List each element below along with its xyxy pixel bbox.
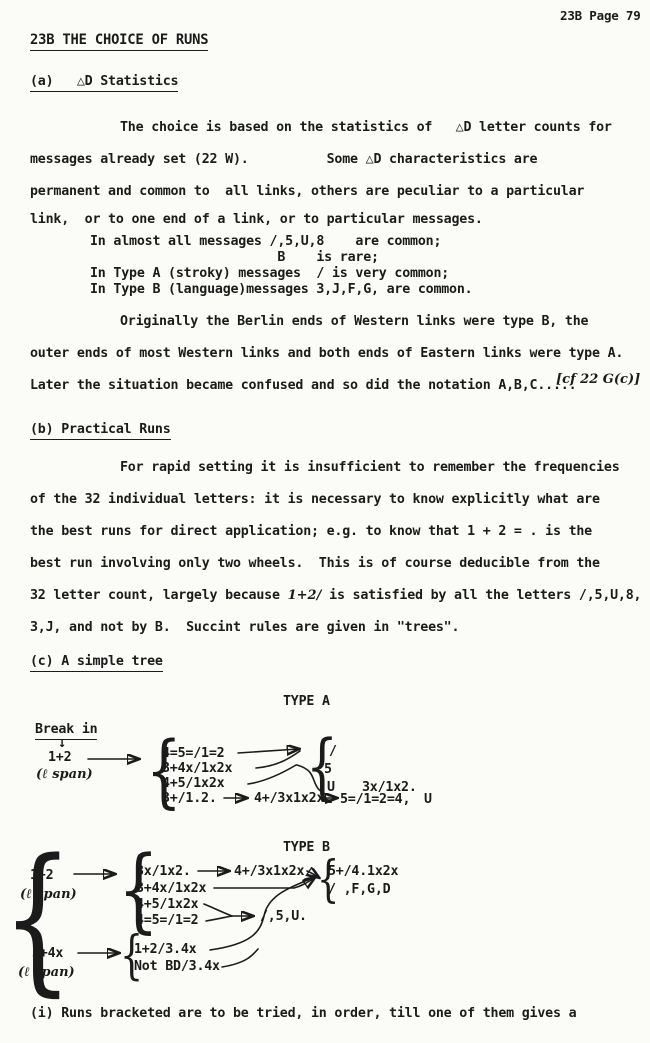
tree-b-mid: 4+/3x1x2x	[234, 864, 304, 879]
para-line: messages already set (22 W). Some △D cha…	[30, 152, 537, 167]
example-line: In almost all messages /,5,U,8 are commo…	[90, 234, 441, 249]
down-arrow-icon: ↓	[58, 736, 66, 751]
tree-a-item: 4=5=/1=2	[162, 746, 224, 761]
tree-b-result2: /,5,U.	[260, 909, 307, 924]
tree-a-caption: TYPE A	[283, 694, 330, 709]
tree-b-item: 4=5=/1=2	[136, 913, 198, 928]
tree-a-item: 3+/1.2.	[162, 791, 217, 806]
document-page: 23B Page 79 23B THE CHOICE OF RUNS (a) △…	[0, 0, 650, 1043]
para-line-part: 32 letter count, largely because	[30, 588, 288, 603]
para-line: best run involving only two wheels. This…	[30, 556, 600, 571]
para-line: Originally the Berlin ends of Western li…	[120, 314, 588, 329]
para-line: permanent and common to all links, other…	[30, 184, 584, 199]
tree-a-root: 1+2	[48, 750, 71, 765]
handwritten-inline: 1+2/	[288, 588, 322, 603]
tree-a-result: /	[329, 744, 337, 759]
para-line: For rapid setting it is insufficient to …	[120, 460, 620, 475]
para-line: 32 letter count, largely because 1+2/ is…	[30, 588, 641, 603]
handwritten-margin-note: [cf 22 G(c)]	[556, 372, 640, 387]
doc-title: 23B THE CHOICE OF RUNS	[30, 32, 208, 51]
tree-b-result1: 5+/4.1x2x	[328, 864, 398, 879]
para-line: of the 32 individual letters: it is nece…	[30, 492, 600, 507]
footer-note: (i) Runs bracketed are to be tried, in o…	[30, 1006, 576, 1021]
para-line: link, or to one end of a link, or to par…	[30, 212, 483, 227]
tree-b-item2: Not BD/3.4x	[134, 959, 220, 974]
para-line-part: is satisfied by all the letters /,5,U,8,	[321, 588, 641, 603]
tree-b-root1-note: (ℓ span)	[20, 886, 77, 902]
section-b-heading: (b) Practical Runs	[30, 422, 171, 440]
tree-a-bottom-result-extra: U	[424, 792, 432, 807]
tree-b-item: 4+5/1x2x	[136, 897, 198, 912]
tree-a-item: 3+4x/1x2x	[162, 761, 232, 776]
tree-b-item2: 1+2/3.4x	[134, 942, 196, 957]
tree-a-root-note: (ℓ span)	[36, 766, 93, 782]
para-line: 3,J, and not by B. Succint rules are giv…	[30, 620, 459, 635]
tree-b-result1: / ,F,G,D	[328, 882, 390, 897]
tree-a-result: U	[327, 780, 335, 795]
tree-a-result: 5	[324, 762, 332, 777]
tree-b-root2: 3+4x	[32, 946, 63, 961]
tree-b-root2-note: (ℓ span)	[18, 964, 75, 980]
para-line: the best runs for direct application; e.…	[30, 524, 592, 539]
section-c-heading: (c) A simple tree	[30, 654, 163, 672]
example-line: In Type B (language)messages 3,J,F,G, ar…	[90, 282, 472, 297]
tree-a-item: 4+5/1x2x	[162, 776, 224, 791]
tree-b-item: 3+4x/1x2x	[136, 881, 206, 896]
para-line: The choice is based on the statistics of…	[120, 120, 612, 135]
tree-a-break-in-label: Break in	[35, 722, 97, 740]
page-ref: 23B Page 79	[560, 8, 641, 23]
tree-b-item: 3x/1x2.	[136, 864, 191, 879]
para-line: Later the situation became confused and …	[30, 378, 576, 393]
example-line: B is rare;	[90, 250, 379, 265]
para-line: outer ends of most Western links and bot…	[30, 346, 623, 361]
tree-a-bottom-result: 5=/1=2=4,	[340, 792, 410, 807]
section-a-heading: (a) △D Statistics	[30, 74, 178, 92]
tree-b-root1: 1+2	[30, 868, 53, 883]
example-line: In Type A (stroky) messages / is very co…	[90, 266, 449, 281]
